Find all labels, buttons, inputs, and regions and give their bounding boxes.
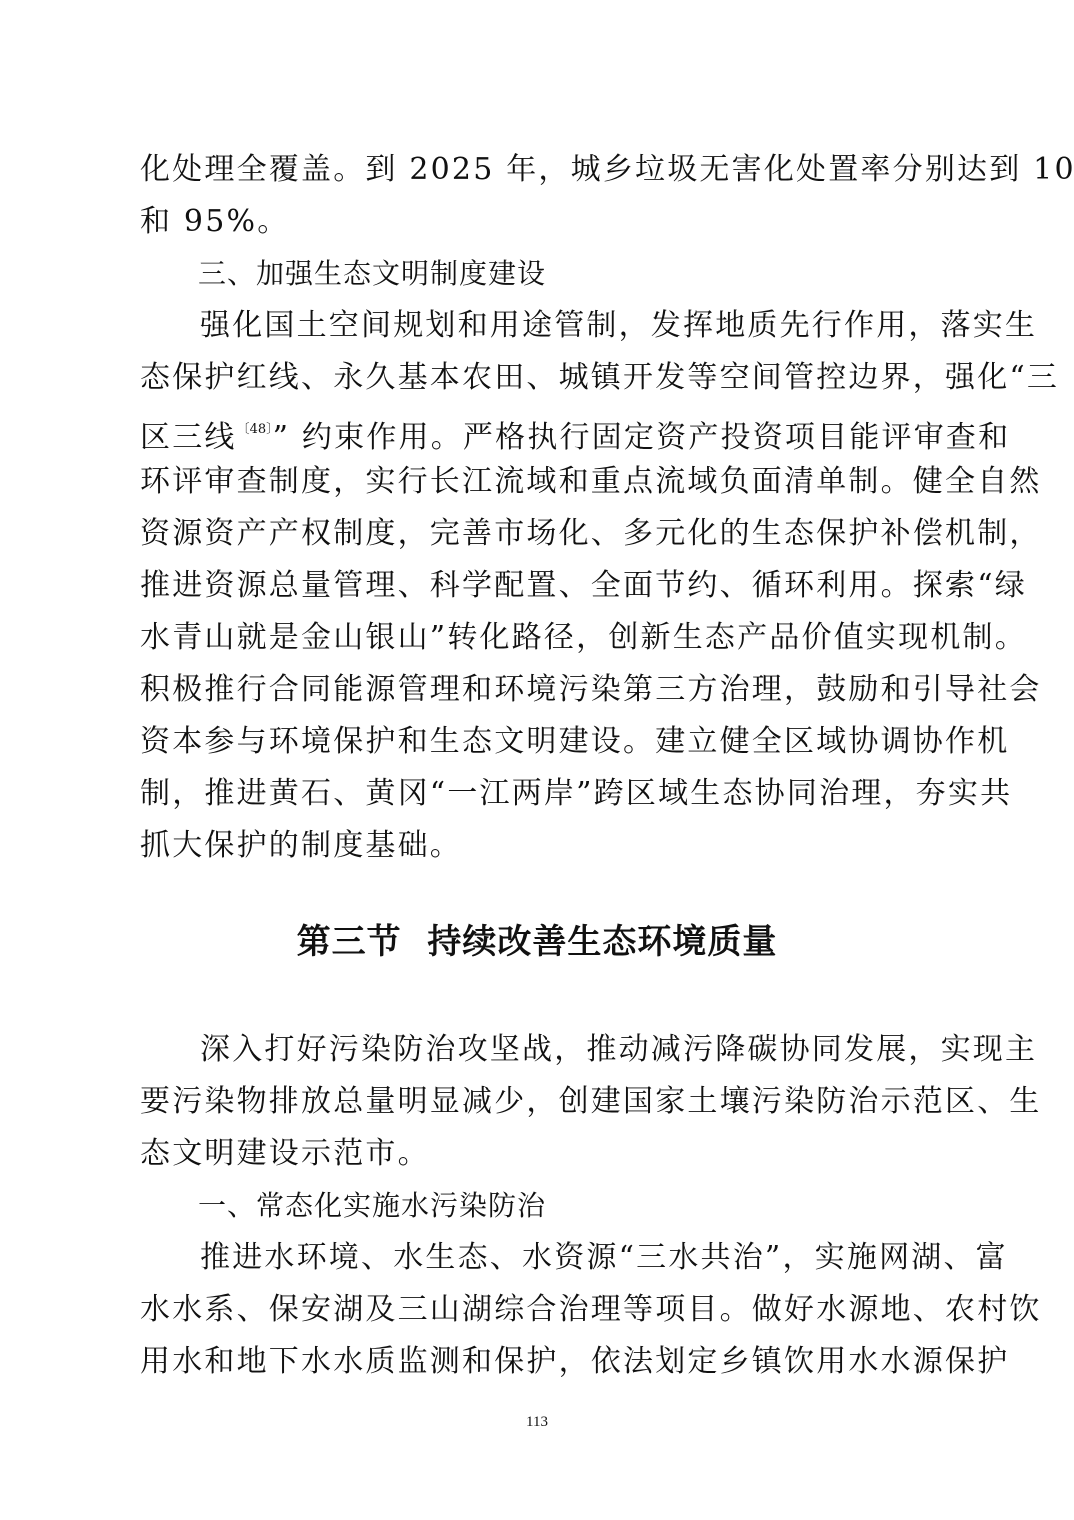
body-text-line: 区三线〔48〕” 约束作用。严格执行固定资产投资项目能评审查和 — [140, 410, 940, 458]
body-text-fragment: ” 约束作用。严格执行固定资产投资项目能评审查和 — [273, 420, 1011, 455]
body-text-line: 抓大保护的制度基础。 — [140, 826, 462, 866]
body-text-line: 推进资源总量管理、科学配置、全面节约、循环利用。探索“绿 — [140, 566, 940, 606]
body-text-line: 要污染物排放总量明显减少，创建国家土壤污染防治示范区、生 — [140, 1082, 940, 1122]
subsection-heading: 一、常态化实施水污染防治 — [198, 1186, 546, 1226]
body-text-line: 环评审查制度，实行长江流域和重点流域负面清单制。健全自然 — [140, 462, 940, 502]
footnote-reference: 〔48〕 — [237, 422, 273, 437]
subsection-heading: 三、加强生态文明制度建设 — [198, 254, 546, 294]
body-text-line: 深入打好污染防治攻坚战，推动减污降碳协同发展，实现主 — [200, 1030, 940, 1070]
body-text-line: 资本参与环境保护和生态文明建设。建立健全区域协调协作机 — [140, 722, 940, 762]
body-text-line: 制，推进黄石、黄冈“一江两岸”跨区域生态协同治理，夯实共 — [140, 774, 940, 814]
body-text-line: 水青山就是金山银山”转化路径，创新生态产品价值实现机制。 — [140, 618, 940, 658]
body-text-line: 资源资产产权制度，完善市场化、多元化的生态保护补偿机制， — [140, 514, 940, 554]
body-text-line: 态保护红线、永久基本农田、城镇开发等空间管控边界，强化“三 — [140, 358, 940, 398]
body-text-line: 用水和地下水水质监测和保护，依法划定乡镇饮用水水源保护 — [140, 1342, 940, 1382]
body-text-line: 强化国土空间规划和用途管制，发挥地质先行作用，落实生 — [200, 306, 940, 346]
body-text-line: 和 95%。 — [140, 202, 289, 242]
body-text-line: 水水系、保安湖及三山湖综合治理等项目。做好水源地、农村饮 — [140, 1290, 940, 1330]
section-title: 第三节 持续改善生态环境质量 — [0, 918, 1074, 966]
body-text-line: 积极推行合同能源管理和环境污染第三方治理，鼓励和引导社会 — [140, 670, 940, 710]
body-text-line: 化处理全覆盖。到 2025 年，城乡垃圾无害化处置率分别达到 100% — [140, 150, 940, 190]
page-number: 113 — [0, 1412, 1074, 1432]
body-text-line: 态文明建设示范市。 — [140, 1134, 430, 1174]
body-text-fragment: 区三线 — [140, 420, 237, 455]
body-text-line: 推进水环境、水生态、水资源“三水共治”，实施网湖、富 — [200, 1238, 940, 1278]
